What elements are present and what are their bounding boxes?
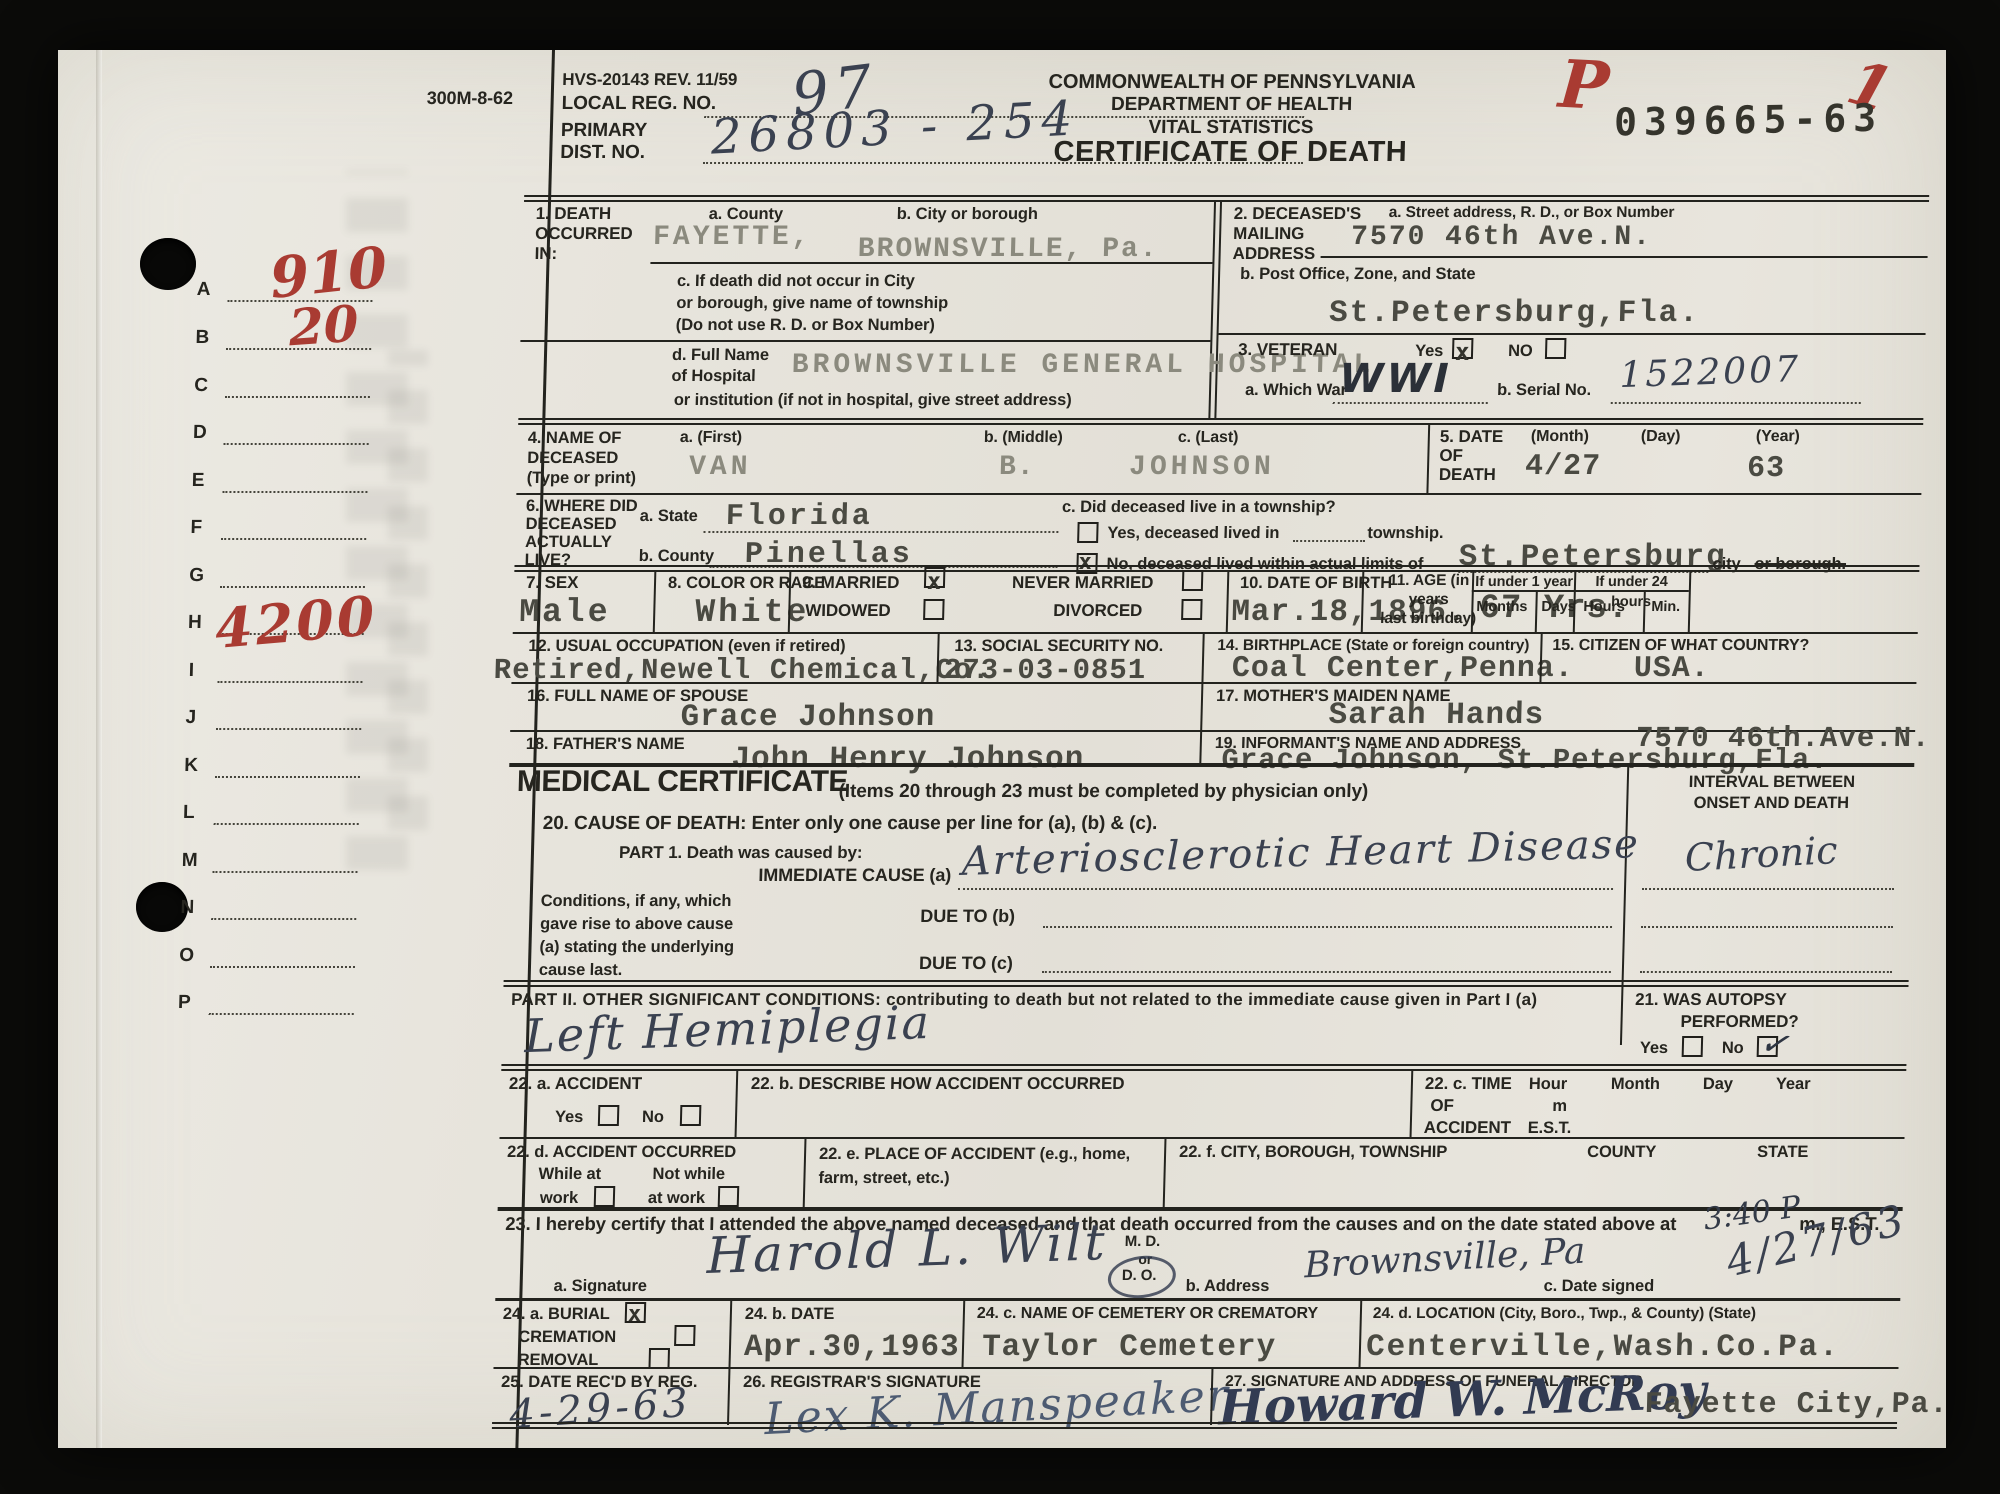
dotted-line — [216, 728, 361, 730]
last-name: JOHNSON — [1129, 452, 1275, 483]
describe-accident-label: 22. b. DESCRIBE HOW ACCIDENT OCCURRED — [751, 1074, 1125, 1094]
divider — [1359, 1301, 1363, 1367]
org-department: DEPARTMENT OF HEALTH — [1031, 95, 1432, 115]
which-war-value: WWI — [1339, 356, 1452, 402]
rule — [1219, 333, 1926, 335]
removal-checkbox — [648, 1348, 670, 1369]
divorced-label: DIVORCED — [1053, 601, 1142, 621]
birthplace-value: Coal Center,Penna. — [1231, 652, 1574, 686]
time-of-label: OF — [1430, 1096, 1454, 1116]
which-war-label: a. Which War — [1245, 380, 1347, 400]
cremation-checkbox — [674, 1325, 696, 1346]
year-label: (Year) — [1756, 428, 1800, 446]
divider — [1214, 200, 1222, 418]
rule — [511, 682, 1916, 684]
death-month-day: 4/27 — [1525, 450, 1602, 484]
medical-title: MEDICAL CERTIFICATE — [517, 772, 849, 792]
dotted-line — [1611, 402, 1861, 404]
dotted-line — [1641, 926, 1893, 928]
field2-label: 2. DECEASED'S MAILING ADDRESS — [1232, 204, 1361, 264]
state-label: a. State — [640, 506, 698, 526]
local-reg-label: LOCAL REG. NO. — [561, 94, 716, 114]
field6c-label: c. Did deceased live in a township? — [1062, 497, 1336, 517]
field1b-value: BROWNSVILLE, Pa. — [857, 234, 1159, 265]
never-married-checkbox — [1182, 570, 1204, 591]
time-of-accident-label: 22. c. TIME — [1425, 1074, 1512, 1094]
index-letter: K — [184, 756, 198, 776]
time-accident-label: ACCIDENT — [1424, 1118, 1512, 1138]
rule — [499, 1137, 1904, 1139]
cemetery-label: 24. c. NAME OF CEMETERY OR CREMATORY — [977, 1304, 1319, 1324]
field2b-value: St.Petersburg,Fla. — [1329, 296, 1701, 331]
month-col-label: Month — [1611, 1074, 1661, 1094]
autopsy-yes-checkbox — [1682, 1036, 1704, 1057]
red-letter-p: P — [1556, 45, 1612, 125]
age-label: 11. AGE (in years last birthday) — [1373, 571, 1484, 628]
index-letter: B — [195, 328, 209, 348]
rule — [514, 570, 1919, 572]
year-col-label: Year — [1776, 1074, 1811, 1094]
dotted-line — [224, 443, 369, 445]
date-signed-label: c. Date signed — [1543, 1276, 1654, 1296]
sex-label: 7. SEX — [526, 573, 579, 593]
medical-subtitle: (Items 20 through 23 must be completed b… — [838, 781, 1368, 803]
dotted-line — [211, 918, 356, 920]
divider — [729, 1301, 733, 1367]
burial-date-label: 24. b. DATE — [745, 1304, 835, 1324]
dob-label: 10. DATE OF BIRTH — [1240, 573, 1393, 593]
middle-name: B. — [999, 452, 1035, 483]
index-letter: D — [193, 423, 207, 443]
index-letter: N — [180, 898, 194, 918]
burial-mark: x — [628, 1302, 642, 1327]
mother-value: Sarah Hands — [1328, 698, 1545, 733]
father-label: 18. FATHER'S NAME — [526, 734, 685, 754]
dotted-line — [1293, 540, 1365, 542]
field1a-label: a. County — [708, 204, 783, 224]
ssn-label: 13. SOCIAL SECURITY NO. — [954, 636, 1163, 656]
occupation-label: 12. USUAL OCCUPATION (even if retired) — [528, 636, 846, 656]
form-code: HVS-20143 REV. 11/59 — [562, 70, 738, 90]
due-to-b-label: DUE TO (b) — [920, 906, 1015, 926]
dotted-line — [212, 871, 357, 873]
widowed-checkbox — [923, 599, 945, 620]
at-work-label: at work — [648, 1188, 706, 1208]
red-margin-note: 4200 — [213, 583, 379, 661]
divider — [803, 1137, 807, 1207]
place-of-accident-label: 22. e. PLACE OF ACCIDENT (e.g., home, fa… — [818, 1142, 1130, 1190]
divider — [1226, 570, 1230, 632]
rule-heavy — [498, 1207, 1903, 1211]
race-value: White — [695, 594, 810, 631]
middle-name-label: b. (Middle) — [984, 428, 1063, 447]
print-code: 300M-8-62 — [426, 88, 513, 108]
work-label: work — [540, 1188, 579, 1208]
month-label: (Month) — [1531, 428, 1589, 446]
index-letter: C — [194, 376, 208, 396]
city-borough-township-label: 22. f. CITY, BOROUGH, TOWNSHIP — [1179, 1142, 1448, 1162]
index-letter: G — [189, 566, 204, 586]
due-to-c-label: DUE TO (c) — [919, 953, 1013, 973]
rule — [504, 980, 1909, 982]
cremation-label: CREMATION — [518, 1327, 616, 1347]
rule — [1321, 256, 1928, 258]
sex-value: Male — [519, 594, 611, 631]
rule — [520, 340, 1210, 342]
never-married-label: NEVER MARRIED — [1012, 573, 1154, 593]
certificate-number-stamp: 039665-63 — [1614, 96, 1883, 145]
dotted-line — [209, 1013, 354, 1015]
field1b-label: b. City or borough — [896, 204, 1038, 224]
do-circle-mark — [1106, 1253, 1177, 1302]
rule — [492, 1427, 1897, 1429]
hours-label: Hours — [1583, 597, 1625, 617]
dotted-line — [217, 681, 362, 683]
widowed-label: WIDOWED — [805, 601, 891, 621]
county-col-label: COUNTY — [1587, 1142, 1657, 1162]
index-letter: I — [188, 661, 194, 681]
rule — [524, 195, 1929, 197]
field1d-label: d. Full Name of Hospital — [671, 345, 769, 387]
part1-label: PART 1. Death was caused by: — [619, 843, 863, 863]
interval-header: INTERVAL BETWEEN ONSET AND DEATH — [1646, 772, 1897, 814]
divider — [727, 1367, 731, 1425]
dotted-line — [222, 491, 367, 493]
dotted-line — [1640, 971, 1892, 973]
married-label: 9. MARRIED — [802, 573, 900, 593]
funeral-director-address: Fayette City,Pa. — [1644, 1388, 1949, 1422]
accident-no-checkbox — [680, 1105, 702, 1126]
first-name: VAN — [689, 452, 752, 483]
red-margin-note: 20 — [288, 294, 360, 358]
state-col-label: STATE — [1757, 1142, 1809, 1162]
min-label: Min. — [1651, 597, 1680, 617]
accident-yes-checkbox — [598, 1105, 620, 1126]
dotted-line — [215, 776, 360, 778]
field1a-value: FAYETTE, — [653, 222, 812, 253]
rule — [524, 200, 1929, 202]
township-suffix: township. — [1367, 523, 1444, 543]
dotted-line — [210, 966, 355, 968]
index-letter: J — [185, 708, 196, 728]
autopsy-no-label: No — [1722, 1038, 1744, 1058]
index-letter: H — [188, 613, 202, 633]
rule — [503, 985, 1908, 987]
veteran-no-label: NO — [1508, 341, 1533, 361]
dotted-line — [703, 531, 1058, 533]
rule — [650, 262, 1212, 264]
est-label: E.S.T. — [1528, 1118, 1572, 1138]
field1d-label2: or institution (if not in hospital, give… — [674, 390, 1072, 410]
primary-dist-label: PRIMARY DIST. NO. — [560, 120, 647, 164]
conditions-note: Conditions, if any, which gave rise to a… — [539, 890, 736, 982]
field1-label: 1. DEATH OCCURRED IN: — [534, 204, 633, 264]
accident-occurred-label: 22. d. ACCIDENT OCCURRED — [507, 1142, 736, 1162]
county-label: b. County — [638, 546, 714, 566]
cemetery-value: Taylor Cemetery — [982, 1330, 1277, 1365]
divider — [1201, 632, 1204, 682]
index-letter: O — [179, 946, 194, 966]
address-label: b. Address — [1185, 1276, 1269, 1296]
index-letter: F — [190, 518, 202, 538]
not-while-label: Not while — [652, 1164, 725, 1184]
dotted-line — [1333, 402, 1488, 404]
document-title: CERTIFICATE OF DEATH — [1010, 142, 1451, 162]
location-label: 24. d. LOCATION (City, Boro., Twp., & Co… — [1373, 1304, 1757, 1324]
divider — [1199, 730, 1202, 763]
divider — [1688, 570, 1692, 632]
divider — [1426, 423, 1430, 493]
divider — [735, 1069, 739, 1137]
index-letter: M — [182, 851, 198, 871]
rule — [518, 423, 1923, 425]
signature-label: a. Signature — [553, 1276, 647, 1296]
day-col-label: Day — [1703, 1074, 1734, 1094]
accident-no-label: No — [642, 1107, 664, 1127]
dotted-line — [958, 888, 1613, 890]
index-letter: E — [191, 471, 204, 491]
divorced-checkbox — [1181, 599, 1203, 620]
married-mark: x — [927, 569, 942, 595]
cause-of-death-label: 20. CAUSE OF DEATH: Enter only one cause… — [542, 813, 1157, 835]
rule — [492, 1422, 1897, 1424]
township-yes-checkbox — [1077, 522, 1099, 543]
state-value: Florida — [725, 500, 873, 534]
dotted-line — [1042, 971, 1611, 973]
last-name-label: c. (Last) — [1178, 428, 1239, 447]
interval-cause-value: Chronic — [1684, 828, 1838, 880]
divider — [1620, 763, 1629, 1045]
field3-label: 3. VETERAN — [1238, 340, 1338, 360]
field2a-value: 7570 46th Ave.N. — [1351, 222, 1653, 253]
dotted-line — [225, 396, 370, 398]
hour-label: Hour — [1529, 1074, 1568, 1094]
field2a-label: a. Street address, R. D., or Box Number — [1388, 204, 1674, 222]
township-yes-label: Yes, deceased lived in — [1107, 523, 1280, 543]
location-value: Centerville,Wash.Co.Pa. — [1366, 1330, 1841, 1365]
under1yr-label: If under 1 year — [1474, 572, 1575, 592]
first-name-label: a. (First) — [680, 428, 743, 447]
dotted-line — [221, 538, 366, 540]
divider — [1410, 1069, 1414, 1137]
divider — [962, 1301, 966, 1367]
serial-label: b. Serial No. — [1497, 380, 1592, 400]
dotted-line — [214, 823, 359, 825]
field6-label: 6. WHERE DID DECEASED ACTUALLY LIVE? — [524, 497, 637, 569]
rule — [501, 1064, 1906, 1066]
field2b-label: b. Post Office, Zone, and State — [1240, 264, 1476, 284]
days-label: Days — [1541, 597, 1576, 617]
veteran-yes-mark: x — [1455, 338, 1470, 366]
divider — [1200, 682, 1203, 730]
index-letter: P — [178, 993, 191, 1013]
serial-value: 1522007 — [1619, 349, 1801, 396]
divider — [1643, 592, 1646, 632]
accident-label: 22. a. ACCIDENT — [509, 1074, 642, 1094]
autopsy-label: 21. WAS AUTOPSY — [1635, 990, 1787, 1010]
index-letter: A — [196, 280, 210, 300]
rule — [501, 1069, 1906, 1071]
rule — [518, 418, 1923, 420]
months-label: Months — [1476, 597, 1527, 617]
citizen-value: USA. — [1633, 652, 1710, 686]
org-commonwealth: COMMONWEALTH OF PENNSYLVANIA — [1032, 72, 1433, 92]
immediate-cause-label: IMMEDIATE CAUSE (a) — [758, 865, 951, 885]
divider — [653, 570, 657, 632]
org-vital: VITAL STATISTICS — [1031, 118, 1432, 138]
death-year: 63 — [1747, 452, 1786, 486]
burial-label: 24. a. BURIAL — [503, 1304, 610, 1324]
rule — [495, 1298, 1900, 1301]
dotted-line — [1642, 888, 1894, 890]
dotted-line — [1043, 926, 1612, 928]
accident-yes-label: Yes — [555, 1107, 584, 1127]
autopsy-yes-label: Yes — [1640, 1038, 1669, 1058]
while-work-checkbox — [594, 1186, 616, 1207]
rule — [514, 565, 1919, 567]
field5-label: 5. DATE OF DEATH — [1439, 427, 1504, 484]
field1c-label: c. If death did not occur in City or bor… — [676, 270, 949, 336]
meridiem-label: m — [1552, 1096, 1567, 1116]
not-while-work-checkbox — [718, 1186, 740, 1207]
death-certificate-sheet: 300M-8-62 A B C D E F G H I J K L M N O … — [58, 50, 1946, 1448]
while-at-label: While at — [538, 1164, 601, 1184]
rule — [516, 493, 1921, 495]
day-label: (Day) — [1641, 428, 1681, 446]
rule — [513, 632, 1918, 634]
field4-label: 4. NAME OF DECEASED (Type or print) — [527, 428, 638, 488]
veteran-no-checkbox — [1545, 338, 1567, 359]
burial-date-value: Apr.30,1963 — [744, 1330, 961, 1365]
index-letter: L — [183, 803, 195, 823]
divider — [1163, 1137, 1167, 1207]
